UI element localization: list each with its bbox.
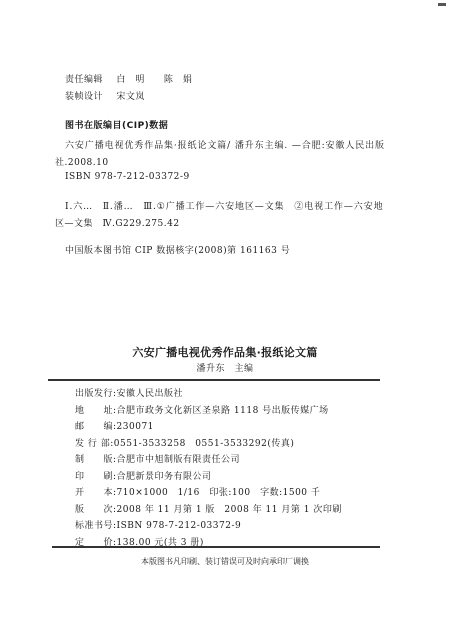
publication-info: 出版发行:安徽人民出版社 地 址:合肥市政务文化新区圣泉路 1118 号出版传媒… xyxy=(75,386,342,551)
scan-mark xyxy=(438,3,446,6)
designer-line: 装帧设计 宋文岚 xyxy=(65,89,145,102)
pub-row-printing: 印 刷:合肥新景印务有限公司 xyxy=(75,469,342,486)
book-editor: 潘升东 主编 xyxy=(0,361,450,374)
pub-row-postcode: 邮 编:230071 xyxy=(75,419,342,436)
book-title: 六安广播电视优秀作品集·报纸论文篇 xyxy=(0,344,450,360)
pub-row-price: 定 价:138.00 元(共 3 册) xyxy=(75,535,342,552)
cip-record: 中国版本图书馆 CIP 数据核字(2008)第 161163 号 xyxy=(65,243,290,256)
pub-row-format: 开 本:710×1000 1/16 印张:100 字数:1500 千 xyxy=(75,485,342,502)
editor-label: 责任编辑 xyxy=(65,75,103,85)
pub-row-address: 地 址:合肥市政务文化新区圣泉路 1118 号出版传媒广场 xyxy=(75,403,342,420)
pub-row-isbn: 标准书号:ISBN 978-7-212-03372-9 xyxy=(75,518,342,535)
pub-row-edition: 版 次:2008 年 11 月第 1 版 2008 年 11 月第 1 次印刷 xyxy=(75,502,342,519)
pub-row-distribution: 发 行 部:0551-3533258 0551-3533292(传真) xyxy=(75,436,342,453)
editor-names: 白 明 陈 娟 xyxy=(116,75,192,85)
designer-name: 宋文岚 xyxy=(116,92,145,102)
editor-line: 责任编辑 白 明 陈 娟 xyxy=(65,72,192,85)
pub-row-platemaking: 制 版:合肥市中旭制版有限责任公司 xyxy=(75,452,342,469)
cip-isbn: ISBN 978-7-212-03372-9 xyxy=(65,172,190,182)
cip-line-2: 社.2008.10 xyxy=(55,155,109,168)
footer-notice: 本版图书凡印刷、装订错误可及时向承印厂调换 xyxy=(0,556,450,567)
cip-class-line-2: 区—文集 Ⅳ.G229.275.42 xyxy=(55,216,180,229)
bottom-divider xyxy=(52,546,380,548)
top-divider xyxy=(48,379,380,381)
cip-class-line-1: Ⅰ.六… Ⅱ.潘… Ⅲ.①广播工作—六安地区—文集 ②电视工作—六安地 xyxy=(65,199,384,212)
pub-row-publisher: 出版发行:安徽人民出版社 xyxy=(75,386,342,403)
cip-line-1: 六安广播电视优秀作品集·报纸论文篇/ 潘升东主编. —合肥:安徽人民出版 xyxy=(65,138,385,151)
cip-heading: 图书在版编目(CIP)数据 xyxy=(65,118,168,131)
designer-label: 装帧设计 xyxy=(65,92,103,102)
